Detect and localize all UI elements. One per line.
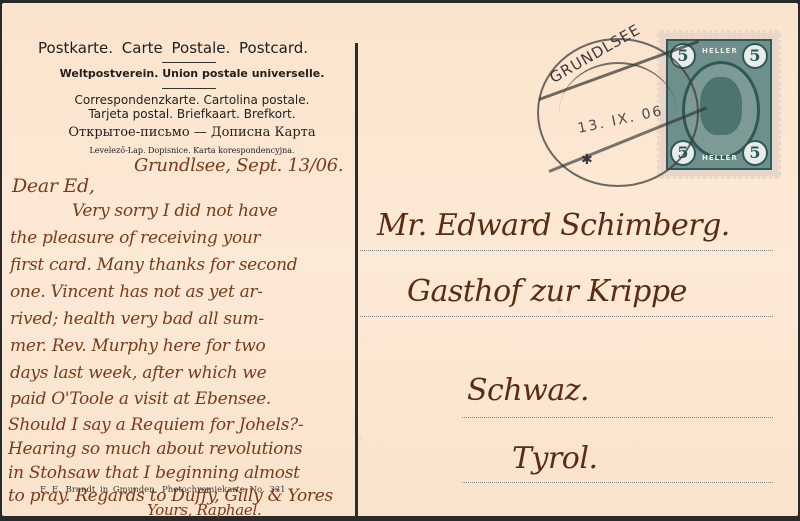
stamp-value-top-right: 5 [742,43,768,69]
address-line-1 [360,250,773,251]
message-line: days last week, after which we [10,363,266,383]
postcard: Postkarte. Carte Postale. Postcard. Welt… [2,3,798,516]
address-line-2 [360,316,773,317]
printed-languages-line1: Correspondenzkarte. Cartolina postale. [42,93,342,107]
stamp-value-bottom-right: 5 [742,140,768,166]
message-line: in Stohsaw that I beginning almost [8,463,300,483]
address-town: Schwaz. [467,373,589,408]
postmark: GRUNDLSEE 13. IX. 06 ✱ [537,38,699,187]
message-line: rived; health very bad all sum- [10,309,264,329]
printed-union-line: Weltpostverein. Union postale universell… [42,67,342,80]
printed-small-languages: Levelező-Lap. Dopisnice. Karta korespond… [42,146,342,155]
address-street: Gasthof zur Krippe [407,274,687,309]
printed-languages: Correspondenzkarte. Cartolina postale. T… [42,93,342,121]
printed-title: Postkarte. Carte Postale. Postcard. [38,39,348,57]
address-recipient: Mr. Edward Schimberg. [377,208,730,243]
address-line-4 [462,482,773,483]
header-rule [162,62,216,63]
message-line: Hearing so much about revolutions [8,439,302,459]
message-line: Very sorry I did not have [72,201,278,221]
message-line: one. Vincent has not as yet ar- [10,282,263,302]
message-line: the pleasure of receiving your [10,228,260,248]
address-line-3 [462,417,773,418]
header-rule [162,88,216,89]
printed-languages-line2: Tarjeta postal. Briefkaart. Brefkort. [42,107,342,121]
message-line: mer. Rev. Murphy here for two [10,336,265,356]
stamp-currency-top: HELLER [702,47,738,55]
message-line: paid O'Toole a visit at Ebensee. [10,389,271,409]
publisher-imprint: F. E. Brandt in Gmunden. Photochromiekar… [40,485,286,495]
message-salutation: Dear Ed, [12,175,95,197]
message-signature: Yours, Raphael. [147,501,261,519]
message-place-date: Grundlsee, Sept. 13/06. [134,155,343,176]
address-region: Tyrol. [512,441,598,476]
stamp-currency-bottom: HELLER [702,154,738,162]
message-line: Should I say a Requiem for Johels?- [8,415,303,435]
emperor-portrait-icon [700,77,742,135]
center-divider [355,43,358,519]
printed-cyrillic-line: Открытое-письмо — Дописна Карта [42,125,342,140]
message-line: first card. Many thanks for second [10,255,297,275]
